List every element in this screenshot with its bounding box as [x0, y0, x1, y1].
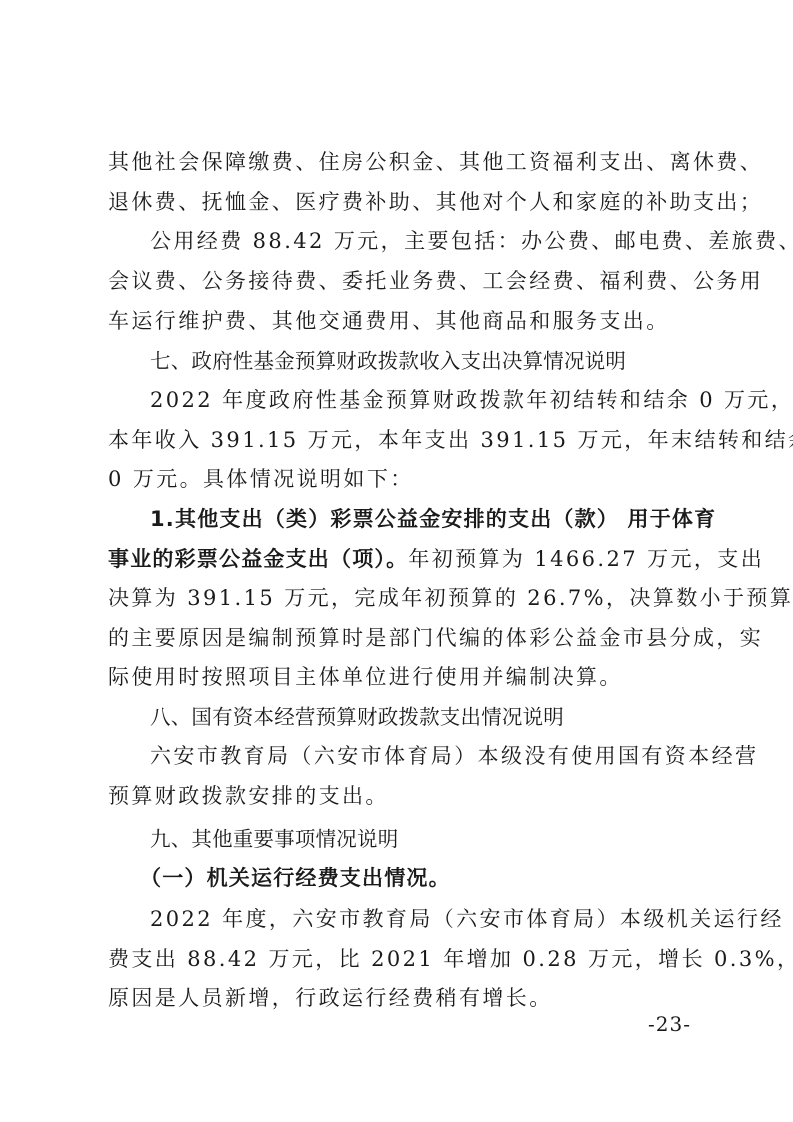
section-9-heading: 九、其他重要事项情况说明 — [150, 827, 693, 851]
section-9-sub1-heading: （一）机关运行经费支出情况。 — [140, 866, 725, 890]
item-1-para-line: 际使用时按照项目主体单位进行使用并编制决算。 — [108, 665, 693, 689]
item-1-title-end: 事业的彩票公益金支出（项）。 — [108, 547, 408, 571]
body-line: 会议费、公务接待费、委托业务费、工会经费、福利费、公务用 — [108, 269, 693, 293]
section-8-para-line: 六安市教育局（六安市体育局）本级没有使用国有资本经营 — [150, 744, 693, 768]
section-7-para-line: 0 万元。具体情况说明如下： — [108, 467, 693, 491]
body-line: 公用经费 88.42 万元，主要包括：办公费、邮电费、差旅费、 — [150, 229, 693, 253]
item-1-para-line: 的主要原因是编制预算时是部门代编的体彩公益金市县分成，实 — [108, 626, 693, 650]
section-8-para-line: 预算财政拨款安排的支出。 — [108, 784, 693, 808]
body-line: 其他社会保障缴费、住房公积金、其他工资福利支出、离休费、 — [108, 150, 693, 174]
section-9-para-line: 原因是人员新增，行政运行经费稍有增长。 — [108, 986, 693, 1010]
section-7-heading: 七、政府性基金预算财政拨款收入支出决算情况说明 — [150, 349, 693, 373]
section-7-para-line: 2022 年度政府性基金预算财政拨款年初结转和结余 0 万元， — [150, 388, 693, 412]
section-9-para-line: 2022 年度，六安市教育局（六安市体育局）本级机关运行经 — [150, 907, 693, 931]
body-line: 退休费、抚恤金、医疗费补助、其他对个人和家庭的补助支出； — [108, 190, 693, 214]
body-line: 车运行维护费、其他交通费用、其他商品和服务支出。 — [108, 309, 693, 333]
section-8-heading: 八、国有资本经营预算财政拨款支出情况说明 — [150, 705, 693, 729]
item-1-title-line: 1.其他支出（类）彩票公益金安排的支出（款） 用于体育 — [150, 507, 693, 531]
item-1-text: 年初预算为 1466.27 万元，支出 — [408, 547, 764, 571]
section-9-para-line: 费支出 88.42 万元，比 2021 年增加 0.28 万元，增长 0.3%，… — [108, 947, 693, 971]
page-number: -23- — [648, 1012, 691, 1036]
item-1-para-line: 决算为 391.15 万元，完成年初预算的 26.7%，决算数小于预算数 — [108, 586, 693, 610]
section-7-para-line: 本年收入 391.15 万元，本年支出 391.15 万元，年末结转和结余 — [108, 428, 693, 452]
item-1-line-2: 事业的彩票公益金支出（项）。年初预算为 1466.27 万元，支出 — [108, 547, 693, 571]
document-page: 其他社会保障缴费、住房公积金、其他工资福利支出、离休费、 退休费、抚恤金、医疗费… — [0, 0, 793, 1122]
